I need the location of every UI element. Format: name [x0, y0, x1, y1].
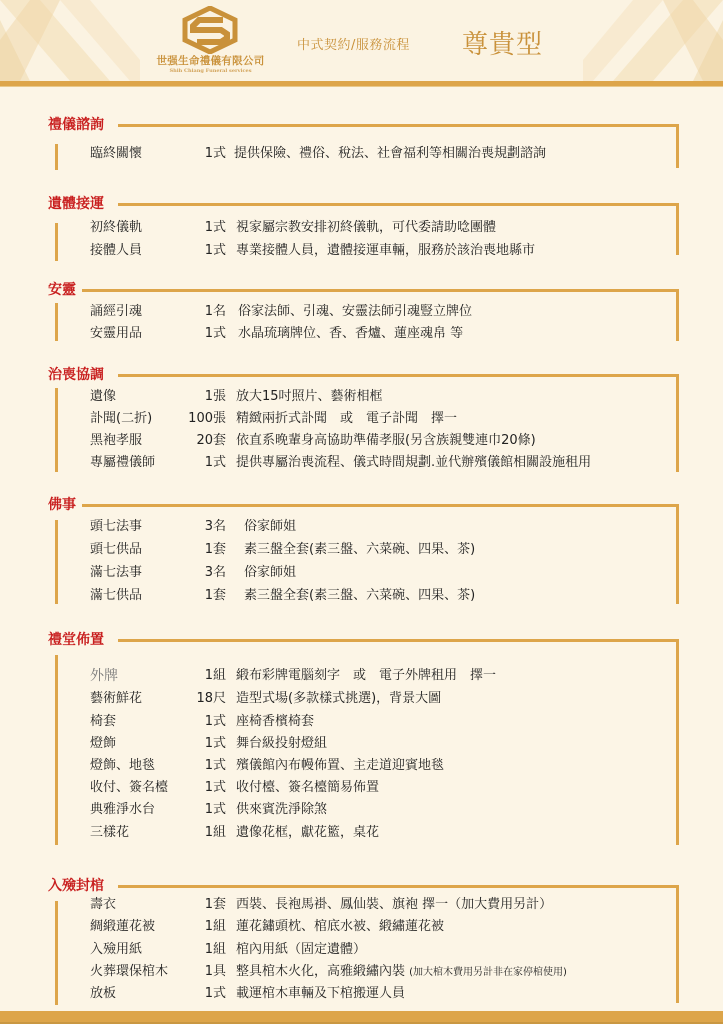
section-title: 禮堂佈置 [48, 631, 106, 649]
section-border-top [118, 124, 679, 127]
diagonal-pattern-decoration [0, 0, 140, 81]
section-border-left [55, 520, 58, 604]
section-border-left [55, 655, 58, 845]
section-title: 入殮封棺 [48, 877, 106, 895]
section-border-left [55, 901, 58, 1005]
section-title: 遺體接運 [48, 195, 106, 213]
section-funeral-coordination: 治喪協調 遺像 1張 放大15吋照片、藝術相框 訃聞(二折) 100張 精緻兩折… [0, 366, 723, 478]
company-logo: 世强生命禮儀有限公司 Shih Chiang Funeral services [148, 6, 273, 76]
section-border-top [82, 289, 679, 292]
section-encoffining: 入殮封棺 壽衣 1套 西裝、長袍馬褂、鳳仙裝、旗袍 擇一（加大費用另計） 綢緞蓮… [0, 877, 723, 1007]
section-border-top [118, 639, 679, 642]
company-name-english: Shih Chiang Funeral services [148, 68, 273, 74]
section-border-right [676, 203, 679, 255]
section-body-transport: 遺體接運 初終儀軌 1式 視家屬宗教安排初終儀軌，可代委請助唸團體 接體人員 1… [0, 195, 723, 265]
section-border-left [55, 144, 58, 170]
section-border-left [55, 388, 58, 472]
section-hall-decoration: 禮堂佈置 外牌 1組 緞布彩牌電腦刻字 或 電子外牌租用 擇一 藝術鮮花 18尺… [0, 631, 723, 851]
diagonal-pattern-decoration [583, 0, 723, 81]
page-title: 尊貴型 [462, 24, 543, 61]
section-border-left [55, 303, 58, 341]
section-border-right [676, 885, 679, 1003]
section-spirit-placement: 安靈 誦經引魂 1名 俗家法師、引魂、安靈法師引魂豎立牌位 安靈用品 1式 水晶… [0, 281, 723, 347]
company-name: 世强生命禮儀有限公司 [148, 53, 273, 68]
section-border-right [676, 374, 679, 472]
section-border-top [118, 374, 679, 377]
extra-note: (加大棺木費用另計非在家停棺使用) [409, 967, 567, 978]
section-border-left [55, 223, 58, 261]
section-buddhist-rites: 佛事 頭七法事 3名 俗家師姐 頭七供品 1套 素三盤全套(素三盤、六菜碗、四果… [0, 496, 723, 614]
section-etiquette-consulting: 禮儀諮詢 臨終關懷 1式 提供保險、禮俗、稅法、社會福利等相關治喪規劃諮詢 [0, 116, 723, 176]
section-border-top [118, 885, 679, 888]
header-divider-thin [0, 86, 723, 87]
section-border-top [82, 504, 679, 507]
section-title: 禮儀諮詢 [48, 116, 106, 134]
hexagon-s-logo-icon [179, 6, 241, 54]
header-banner: 世强生命禮儀有限公司 Shih Chiang Funeral services … [0, 0, 723, 81]
section-border-right [676, 504, 679, 604]
section-border-right [676, 124, 679, 168]
section-border-right [676, 639, 679, 845]
section-title: 佛事 [48, 496, 78, 514]
section-title: 治喪協調 [48, 366, 106, 384]
section-border-top [118, 203, 679, 206]
section-title: 安靈 [48, 281, 78, 299]
section-border-right [676, 289, 679, 341]
page-subtitle: 中式契約/服務流程 [297, 34, 410, 53]
